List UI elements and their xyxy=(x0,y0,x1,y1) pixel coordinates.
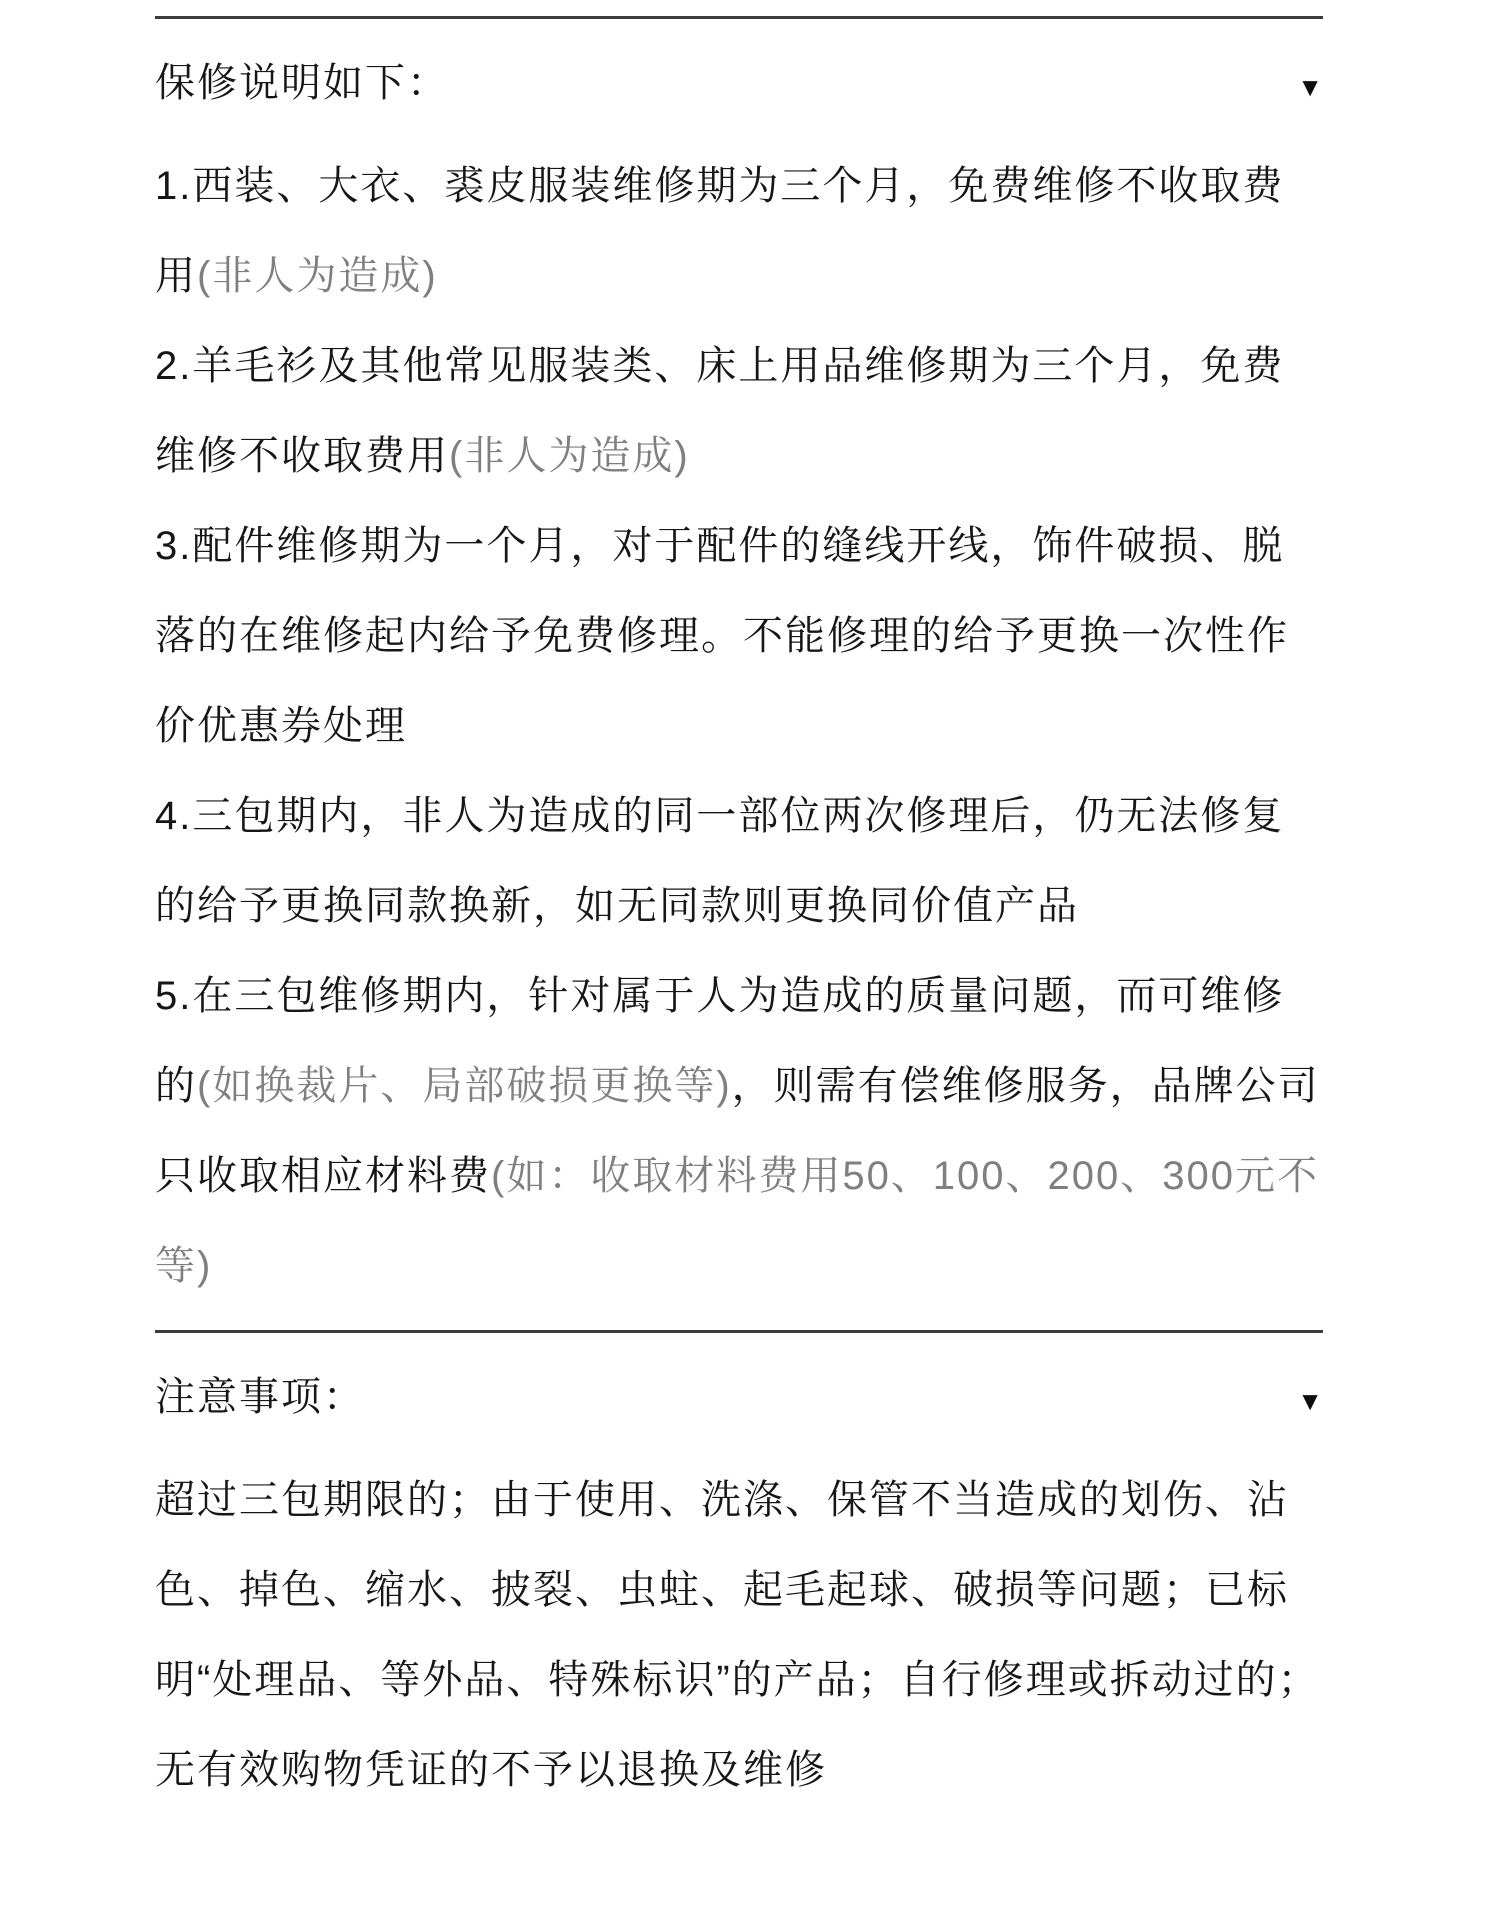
muted-note-segment: (非人为造成) xyxy=(197,254,438,298)
notes-section: 注意事项： ▼ 超过三包期限的；由于使用、洗涤、保管不当造成的划伤、沾色、掉色、… xyxy=(155,1330,1323,1815)
chevron-down-icon[interactable]: ▼ xyxy=(1297,74,1323,100)
notes-section-header[interactable]: 注意事项： ▼ xyxy=(155,1367,1323,1427)
warranty-terms-section: 保修说明如下： ▼ 1.西装、大衣、裘皮服装维修期为三个月，免费维修不收取费用(… xyxy=(155,16,1323,1311)
list-item: 1.西装、大衣、裘皮服装维修期为三个月，免费维修不收取费用(非人为造成) xyxy=(155,141,1323,321)
list-item: 4.三包期内，非人为造成的同一部位两次修理后，仍无法修复的给予更换同款换新，如无… xyxy=(155,771,1323,951)
notes-item-list: 超过三包期限的；由于使用、洗涤、保管不当造成的划伤、沾色、掉色、缩水、披裂、虫蛀… xyxy=(155,1455,1323,1815)
list-item: 3.配件维修期为一个月，对于配件的缝线开线，饰件破损、脱落的在维修起内给予免费修… xyxy=(155,501,1323,771)
section-divider xyxy=(155,16,1323,19)
warranty-section-header[interactable]: 保修说明如下： ▼ xyxy=(155,53,1323,113)
text-segment: 4.三包期内，非人为造成的同一部位两次修理后，仍无法修复的给予更换同款换新，如无… xyxy=(155,794,1284,928)
text-segment: 2.羊毛衫及其他常见服装类、床上用品维修期为三个月，免费维修不收取费用 xyxy=(155,344,1284,478)
warranty-item-list: 1.西装、大衣、裘皮服装维修期为三个月，免费维修不收取费用(非人为造成)2.羊毛… xyxy=(155,141,1323,1311)
list-item: 5.在三包维修期内，针对属于人为造成的质量问题，而可维修的(如换裁片、局部破损更… xyxy=(155,951,1323,1311)
chevron-down-icon[interactable]: ▼ xyxy=(1297,1388,1323,1414)
list-item: 2.羊毛衫及其他常见服装类、床上用品维修期为三个月，免费维修不收取费用(非人为造… xyxy=(155,321,1323,501)
muted-note-segment: (如换裁片、局部破损更换等) xyxy=(197,1064,732,1108)
warranty-page: 保修说明如下： ▼ 1.西装、大衣、裘皮服装维修期为三个月，免费维修不收取费用(… xyxy=(0,0,1323,1815)
section-divider xyxy=(155,1330,1323,1333)
text-segment: 超过三包期限的；由于使用、洗涤、保管不当造成的划伤、沾色、掉色、缩水、披裂、虫蛀… xyxy=(155,1478,1320,1792)
warranty-section-title: 保修说明如下： xyxy=(155,53,449,113)
muted-note-segment: (非人为造成) xyxy=(449,434,690,478)
text-segment: 3.配件维修期为一个月，对于配件的缝线开线，饰件破损、脱落的在维修起内给予免费修… xyxy=(155,524,1289,748)
list-item: 超过三包期限的；由于使用、洗涤、保管不当造成的划伤、沾色、掉色、缩水、披裂、虫蛀… xyxy=(155,1455,1323,1815)
notes-section-title: 注意事项： xyxy=(155,1367,365,1427)
